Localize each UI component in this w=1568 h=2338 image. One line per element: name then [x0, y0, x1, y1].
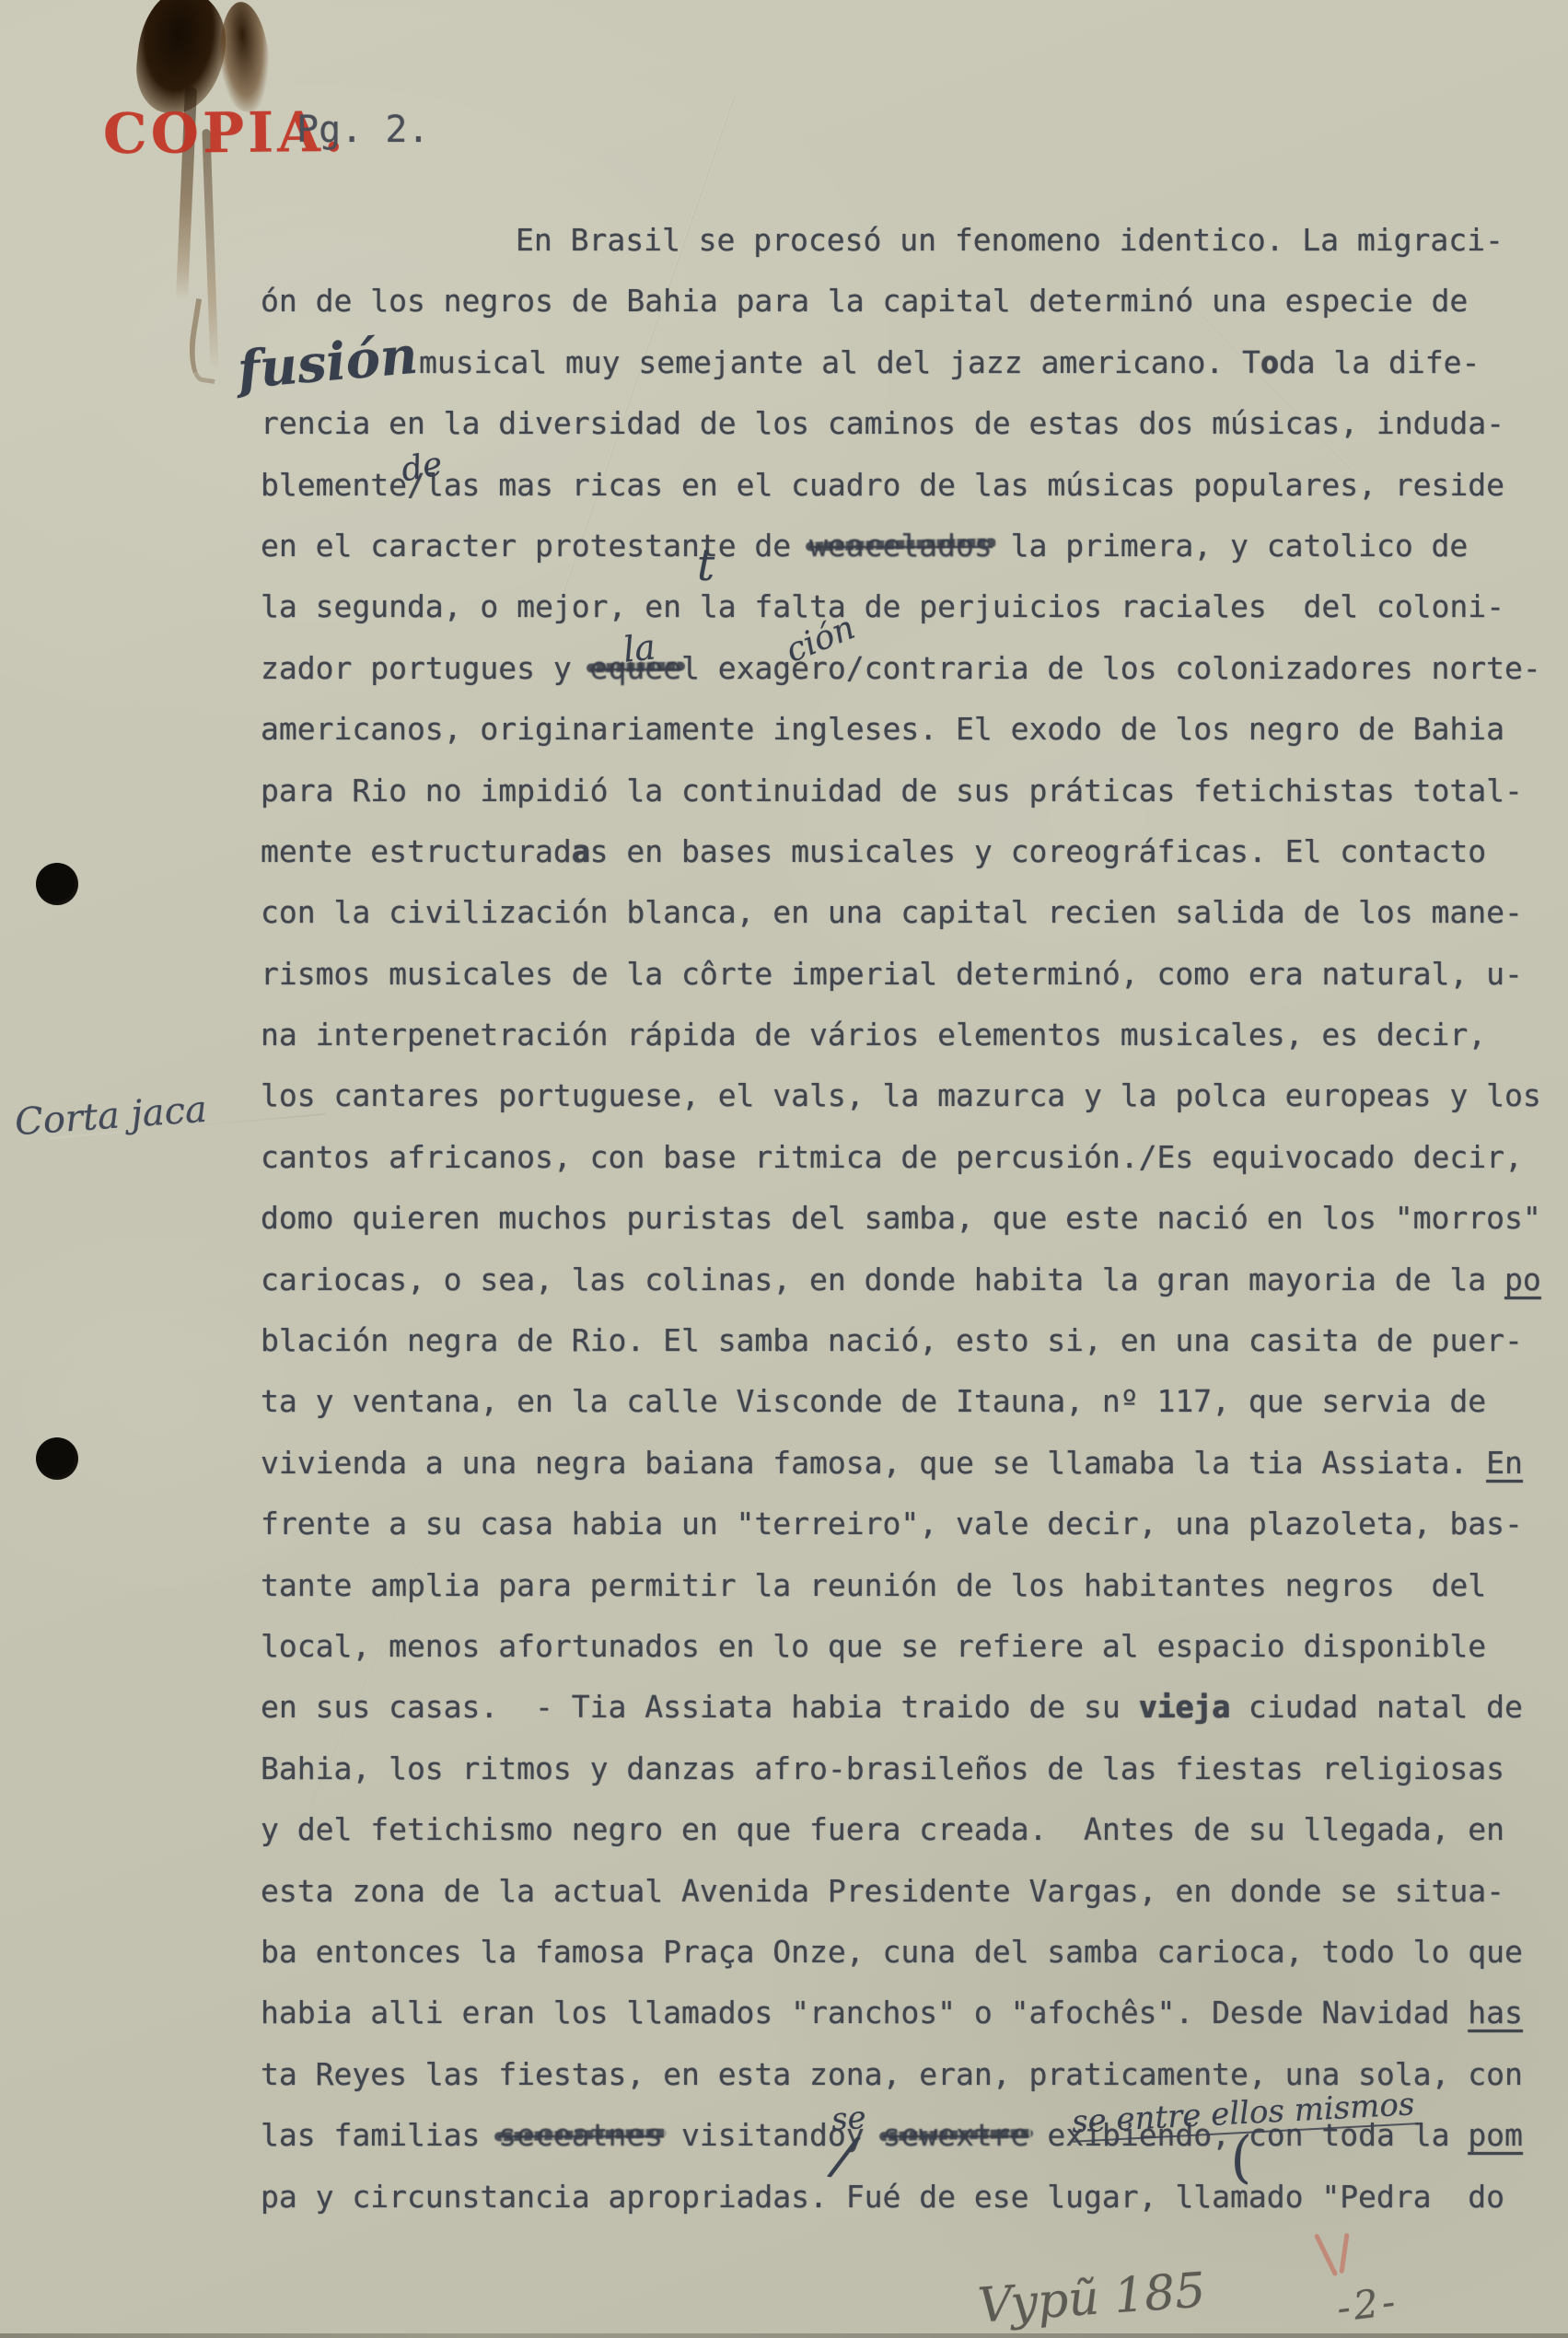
typed-line: zador portugues y laequeel exageroción/c… [261, 638, 1568, 699]
typed-line: las familias seceatnes visitandose/y sew… [261, 2105, 1568, 2166]
scan-edge [0, 2333, 1568, 2338]
typed-line: En Brasil se procesó un fenomeno identic… [261, 210, 1568, 271]
typed-segment: blación negra de Rio. El samba nació, es… [261, 1322, 1523, 1358]
handwritten-text: de [399, 448, 445, 487]
typed-segment: zador portugues y [261, 650, 590, 686]
typed-segment: da la dife- [1279, 344, 1481, 380]
document-page: COPIA. Pg. 2. fusión Corta jaca En Brasi… [0, 0, 1568, 2338]
typed-line: vivienda a una negra baiana famosa, que … [261, 1433, 1568, 1494]
typed-line: para Rio no impidió la continuidad de su… [261, 761, 1568, 821]
typed-segment: ba entonces la famosa Praça Onze, cuna d… [261, 1934, 1523, 1970]
typed-line: tante amplia para permitir la reunión de… [261, 1555, 1568, 1616]
punch-hole [36, 863, 78, 905]
typed-segment: frente a su casa habia un "terreiro", va… [261, 1506, 1523, 1541]
typed-line: en el caracter protestantte de weacelado… [261, 516, 1568, 576]
typed-segment: En Brasil se procesó un fenomeno identic… [516, 222, 1504, 258]
typed-text: En Brasil se procesó un fenomeno identic… [261, 210, 1568, 2227]
struck-out-text: weacelados [809, 528, 993, 564]
typed-line: domo quieren muchos puristas del samba, … [261, 1188, 1568, 1249]
struck-out-text: equee [590, 650, 681, 686]
typed-line: rismos musicales de la côrte imperial de… [261, 944, 1568, 1005]
typed-line: blementede/las mas ricas en el cuadro de… [261, 455, 1568, 516]
typed-line: los cantares portuguese, el vals, la maz… [261, 1065, 1568, 1126]
red-pencil-mark [1313, 2226, 1363, 2288]
typed-segment: local, menos afortunados en lo que se re… [261, 1628, 1486, 1664]
typed-segment: musical muy semejante al del jazz americ… [419, 344, 1260, 380]
typed-segment: mente estructurad [261, 833, 572, 869]
handwritten-text: t [697, 543, 714, 587]
typed-line: cariocas, o sea, las colinas, en donde h… [261, 1250, 1568, 1310]
typed-segment: cariocas, o sea, las colinas, en donde h… [261, 1262, 1504, 1297]
typed-segment: rencia en la diversidad de los caminos d… [261, 405, 1504, 441]
typed-segment: rismos musicales de la côrte imperial de… [261, 956, 1523, 992]
underlined-text: has [1468, 1995, 1523, 2030]
typed-line: y del fetichismo negro en que fuera crea… [261, 1799, 1568, 1860]
underlined-text: po [1504, 1262, 1541, 1297]
typed-segment: en el caracter protestan [261, 528, 700, 564]
typed-segment: pa y circunstancia apropriadas. Fué de e… [261, 2179, 1504, 2215]
struck-out-text: sewextre [883, 2117, 1029, 2153]
pencil-page-number: -2- [1335, 2282, 1401, 2328]
typed-segment: en sus casas. - Tia Assiata habia traido… [261, 1689, 1139, 1725]
typed-segment: para Rio no impidió la continuidad de su… [261, 773, 1523, 808]
typed-line: la segunda, o mejor, en la falta de perj… [261, 576, 1568, 637]
typed-line: ba entonces la famosa Praça Onze, cuna d… [261, 1922, 1568, 1983]
typed-segment: la primera, y catolico de [993, 528, 1469, 564]
typed-line: ta y ventana, en la calle Visconde de It… [261, 1371, 1568, 1432]
underlined-text: pom [1468, 2117, 1523, 2153]
typed-segment: y del fetichismo negro en que fuera crea… [261, 1811, 1504, 1847]
typed-line: americanos, originariamente ingleses. El… [261, 699, 1568, 760]
typed-segment: ta y ventana, en la calle Visconde de It… [261, 1383, 1486, 1419]
indent-gap [261, 250, 516, 250]
overstruck-text: a [572, 833, 590, 869]
typed-segment: blemente [261, 467, 407, 503]
typed-segment: ón de los negros de Bahia para la capita… [261, 283, 1468, 319]
typed-segment: tante amplia para permitir la reunión de… [261, 1567, 1486, 1603]
typed-line: frente a su casa habia un "terreiro", va… [261, 1494, 1568, 1554]
typed-segment: te de [700, 528, 809, 564]
typed-segment: las familias [261, 2117, 498, 2153]
typed-segment: ciudad natal de [1230, 1689, 1523, 1725]
struck-out-text: seceatnes [498, 2117, 663, 2153]
typed-line: local, menos afortunados en lo que se re… [261, 1616, 1568, 1677]
typed-line: blación negra de Rio. El samba nació, es… [261, 1310, 1568, 1371]
typed-line: musical muy semejante al del jazz americ… [261, 332, 1568, 393]
typed-line: na interpenetración rápida de vários ele… [261, 1005, 1568, 1065]
pencil-note: Vypũ 185 [976, 2266, 1206, 2330]
typed-line: esta zona de la actual Avenida President… [261, 1861, 1568, 1922]
typed-segment: na interpenetración rápida de vários ele… [261, 1017, 1486, 1053]
typed-line: ón de los negros de Bahia para la capita… [261, 271, 1568, 332]
typed-line: pa y circunstancia apropriadas. Fué de e… [261, 2167, 1568, 2227]
typed-segment: visitando [663, 2117, 846, 2153]
ink-stain [215, 0, 273, 113]
underlined-text: En [1486, 1445, 1523, 1481]
typed-line: con la civilización blanca, en una capit… [261, 882, 1568, 943]
indent-gap [261, 372, 419, 373]
typed-segment: los cantares portuguese, el vals, la maz… [261, 1077, 1541, 1113]
overstruck-text: o [1260, 344, 1279, 380]
typed-line: habia alli eran los llamados "ranchos" o… [261, 1983, 1568, 2043]
typed-segment: Bahia, los ritmos y danzas afro-brasileñ… [261, 1751, 1504, 1786]
page-label: Pg. 2. [296, 109, 430, 151]
typed-segment: habia alli eran los llamados "ranchos" o… [261, 1995, 1468, 2030]
typed-segment: esta zona de la actual Avenida President… [261, 1873, 1504, 1909]
typed-segment: ta Reyes las fiestas, en esta zona, eran… [261, 2056, 1523, 2092]
overstruck-text: vieja [1139, 1689, 1230, 1725]
typed-segment: la segunda, o mejor, en la falta de perj… [261, 588, 1504, 624]
typed-segment: cantos africanos, con base ritmica de pe… [261, 1139, 1523, 1175]
typed-segment: americanos, originariamente ingleses. El… [261, 711, 1504, 747]
typed-segment: domo quieren muchos puristas del samba, … [261, 1200, 1541, 1236]
typed-segment: /contraria de los colonizadores norte- [846, 650, 1541, 686]
typed-line: cantos africanos, con base ritmica de pe… [261, 1127, 1568, 1188]
typed-segment: vivienda a una negra baiana famosa, que … [261, 1445, 1486, 1481]
ink-drip [183, 298, 227, 384]
punch-hole [36, 1437, 78, 1480]
typed-line: en sus casas. - Tia Assiata habia traido… [261, 1677, 1568, 1738]
typed-segment: con la civilización blanca, en una capit… [261, 894, 1523, 930]
typed-line: rencia en la diversidad de los caminos d… [261, 393, 1568, 454]
typed-segment: s en bases musicales y coreográficas. El… [590, 833, 1487, 869]
handwritten-margin-note: Corta jaca [14, 1091, 208, 1141]
typed-line: mente estructuradas en bases musicales y… [261, 821, 1568, 882]
typed-line: Bahia, los ritmos y danzas afro-brasileñ… [261, 1739, 1568, 1799]
typed-segment: /las mas ricas en el cuadro de las músic… [407, 467, 1504, 503]
